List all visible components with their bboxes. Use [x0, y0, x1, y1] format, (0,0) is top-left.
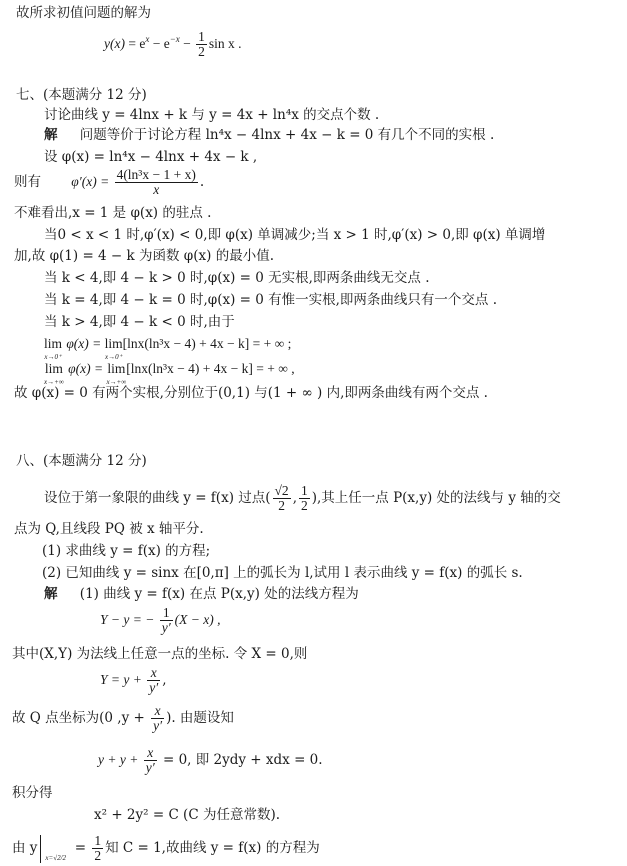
section7-problem: 讨论曲线 y = 4lnx + k 与 y = 4x + ln⁴x 的交点个数 …: [44, 106, 379, 124]
section8-solution-line2: 其中(X,Y) 为法线上任意一点的坐标. 令 X = 0,则: [12, 645, 307, 663]
section7-solution-line8: 当 k = 4,即 4 − k = 0 时,φ(x) = 0 有惟一实根,即两条…: [44, 291, 497, 309]
solution-label: 解: [44, 586, 58, 602]
section7-solution-line9: 当 k > 4,即 4 − k < 0 时,由于: [44, 313, 235, 331]
section6-solution-equation: y(x) = ex − e−x − 12sin x .: [104, 30, 242, 59]
integrated-equation: x² + 2y² = C (C 为任意常数).: [94, 806, 280, 824]
normal-line-equation: Y − y = − 1y′(X − x) ,: [100, 606, 221, 635]
section8-solution-line5: 由 yx=√2/2 = 12知 C = 1,故曲线 y = f(x) 的方程为: [12, 834, 320, 863]
section8-solution-line1: 解 (1) 曲线 y = f(x) 在点 P(x,y) 处的法线方程为: [44, 585, 359, 603]
section8-question1: (1) 求曲线 y = f(x) 的方程;: [42, 542, 210, 560]
y-intercept-equation: Y = y + xy′,: [100, 666, 166, 695]
section7-solution-line2: 设 φ(x) = ln⁴x − 4lnx + 4x − k ,: [44, 148, 257, 166]
section7-solution-line7: 当 k < 4,即 4 − k > 0 时,φ(x) = 0 无实根,即两条曲线…: [44, 269, 430, 287]
section8-problem-line1: 设位于第一象限的曲线 y = f(x) 过点(√22,12),其上任一点 P(x…: [44, 484, 561, 513]
solution-lhs: y(x): [104, 36, 125, 51]
fraction-one-half: 12: [196, 30, 207, 59]
section7-derivative: 则有 φ′(x) = 4(ln³x − 1 + x)x.: [14, 168, 204, 197]
section8-problem-line2: 点为 Q,且线段 PQ 被 x 轴平分.: [14, 520, 204, 538]
solution-label: 解: [44, 127, 58, 143]
section8-solution-line4: 积分得: [12, 784, 53, 802]
section8-question2: (2) 已知曲线 y = sinx 在[0,π] 上的弧长为 l,试用 l 表示…: [42, 564, 523, 582]
derivative-fraction: 4(ln³x − 1 + x)x: [115, 168, 198, 197]
section8-heading: 八、(本题满分 12 分): [16, 452, 147, 470]
section7-solution-line4: 不难看出,x = 1 是 φ(x) 的驻点 .: [14, 204, 211, 222]
section7-limit1: limx→0⁺ φ(x) = limx→0⁺[lnx(ln³x − 4) + 4…: [44, 335, 291, 361]
section7-limit2: limx→+∞ φ(x) = limx→+∞[lnx(ln³x − 4) + 4…: [44, 360, 295, 386]
section7-solution-line1: 解 问题等价于讨论方程 ln⁴x − 4lnx + 4x − k = 0 有几个…: [44, 126, 494, 144]
section7-solution-line6: 加,故 φ(1) = 4 − k 为函数 φ(x) 的最小值.: [14, 247, 274, 265]
section6-intro: 故所求初值问题的解为: [16, 4, 151, 22]
section7-heading: 七、(本题满分 12 分): [16, 86, 147, 104]
differential-equation: y + y + xy′ = 0, 即 2ydy + xdx = 0.: [98, 746, 323, 775]
section8-solution-line3: 故 Q 点坐标为(0 ,y + xy′). 由题设知: [12, 704, 234, 733]
section7-conclusion: 故 φ(x) = 0 有两个实根,分别位于(0,1) 与(1 + ∞ ) 内,即…: [14, 384, 488, 402]
section7-solution-line5: 当0 < x < 1 时,φ′(x) < 0,即 φ(x) 单调减少;当 x >…: [44, 226, 545, 244]
